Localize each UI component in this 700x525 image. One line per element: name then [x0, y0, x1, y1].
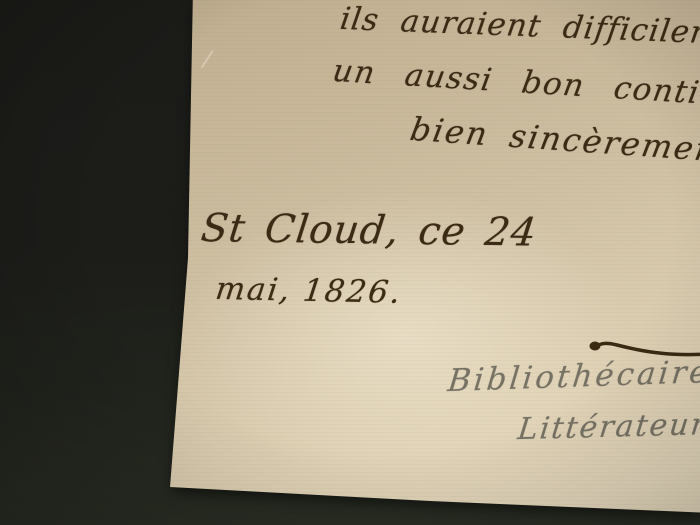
paper-crease: [200, 50, 213, 69]
letter-place-dateline: St Cloud, ce 24: [199, 206, 540, 256]
letter-photograph: ils auraient difficilement eu un aussi b…: [0, 0, 700, 525]
pencil-annotation-litterateur: Littérateur: [516, 407, 700, 447]
letter-date-line: mai, 1826.: [213, 271, 404, 311]
